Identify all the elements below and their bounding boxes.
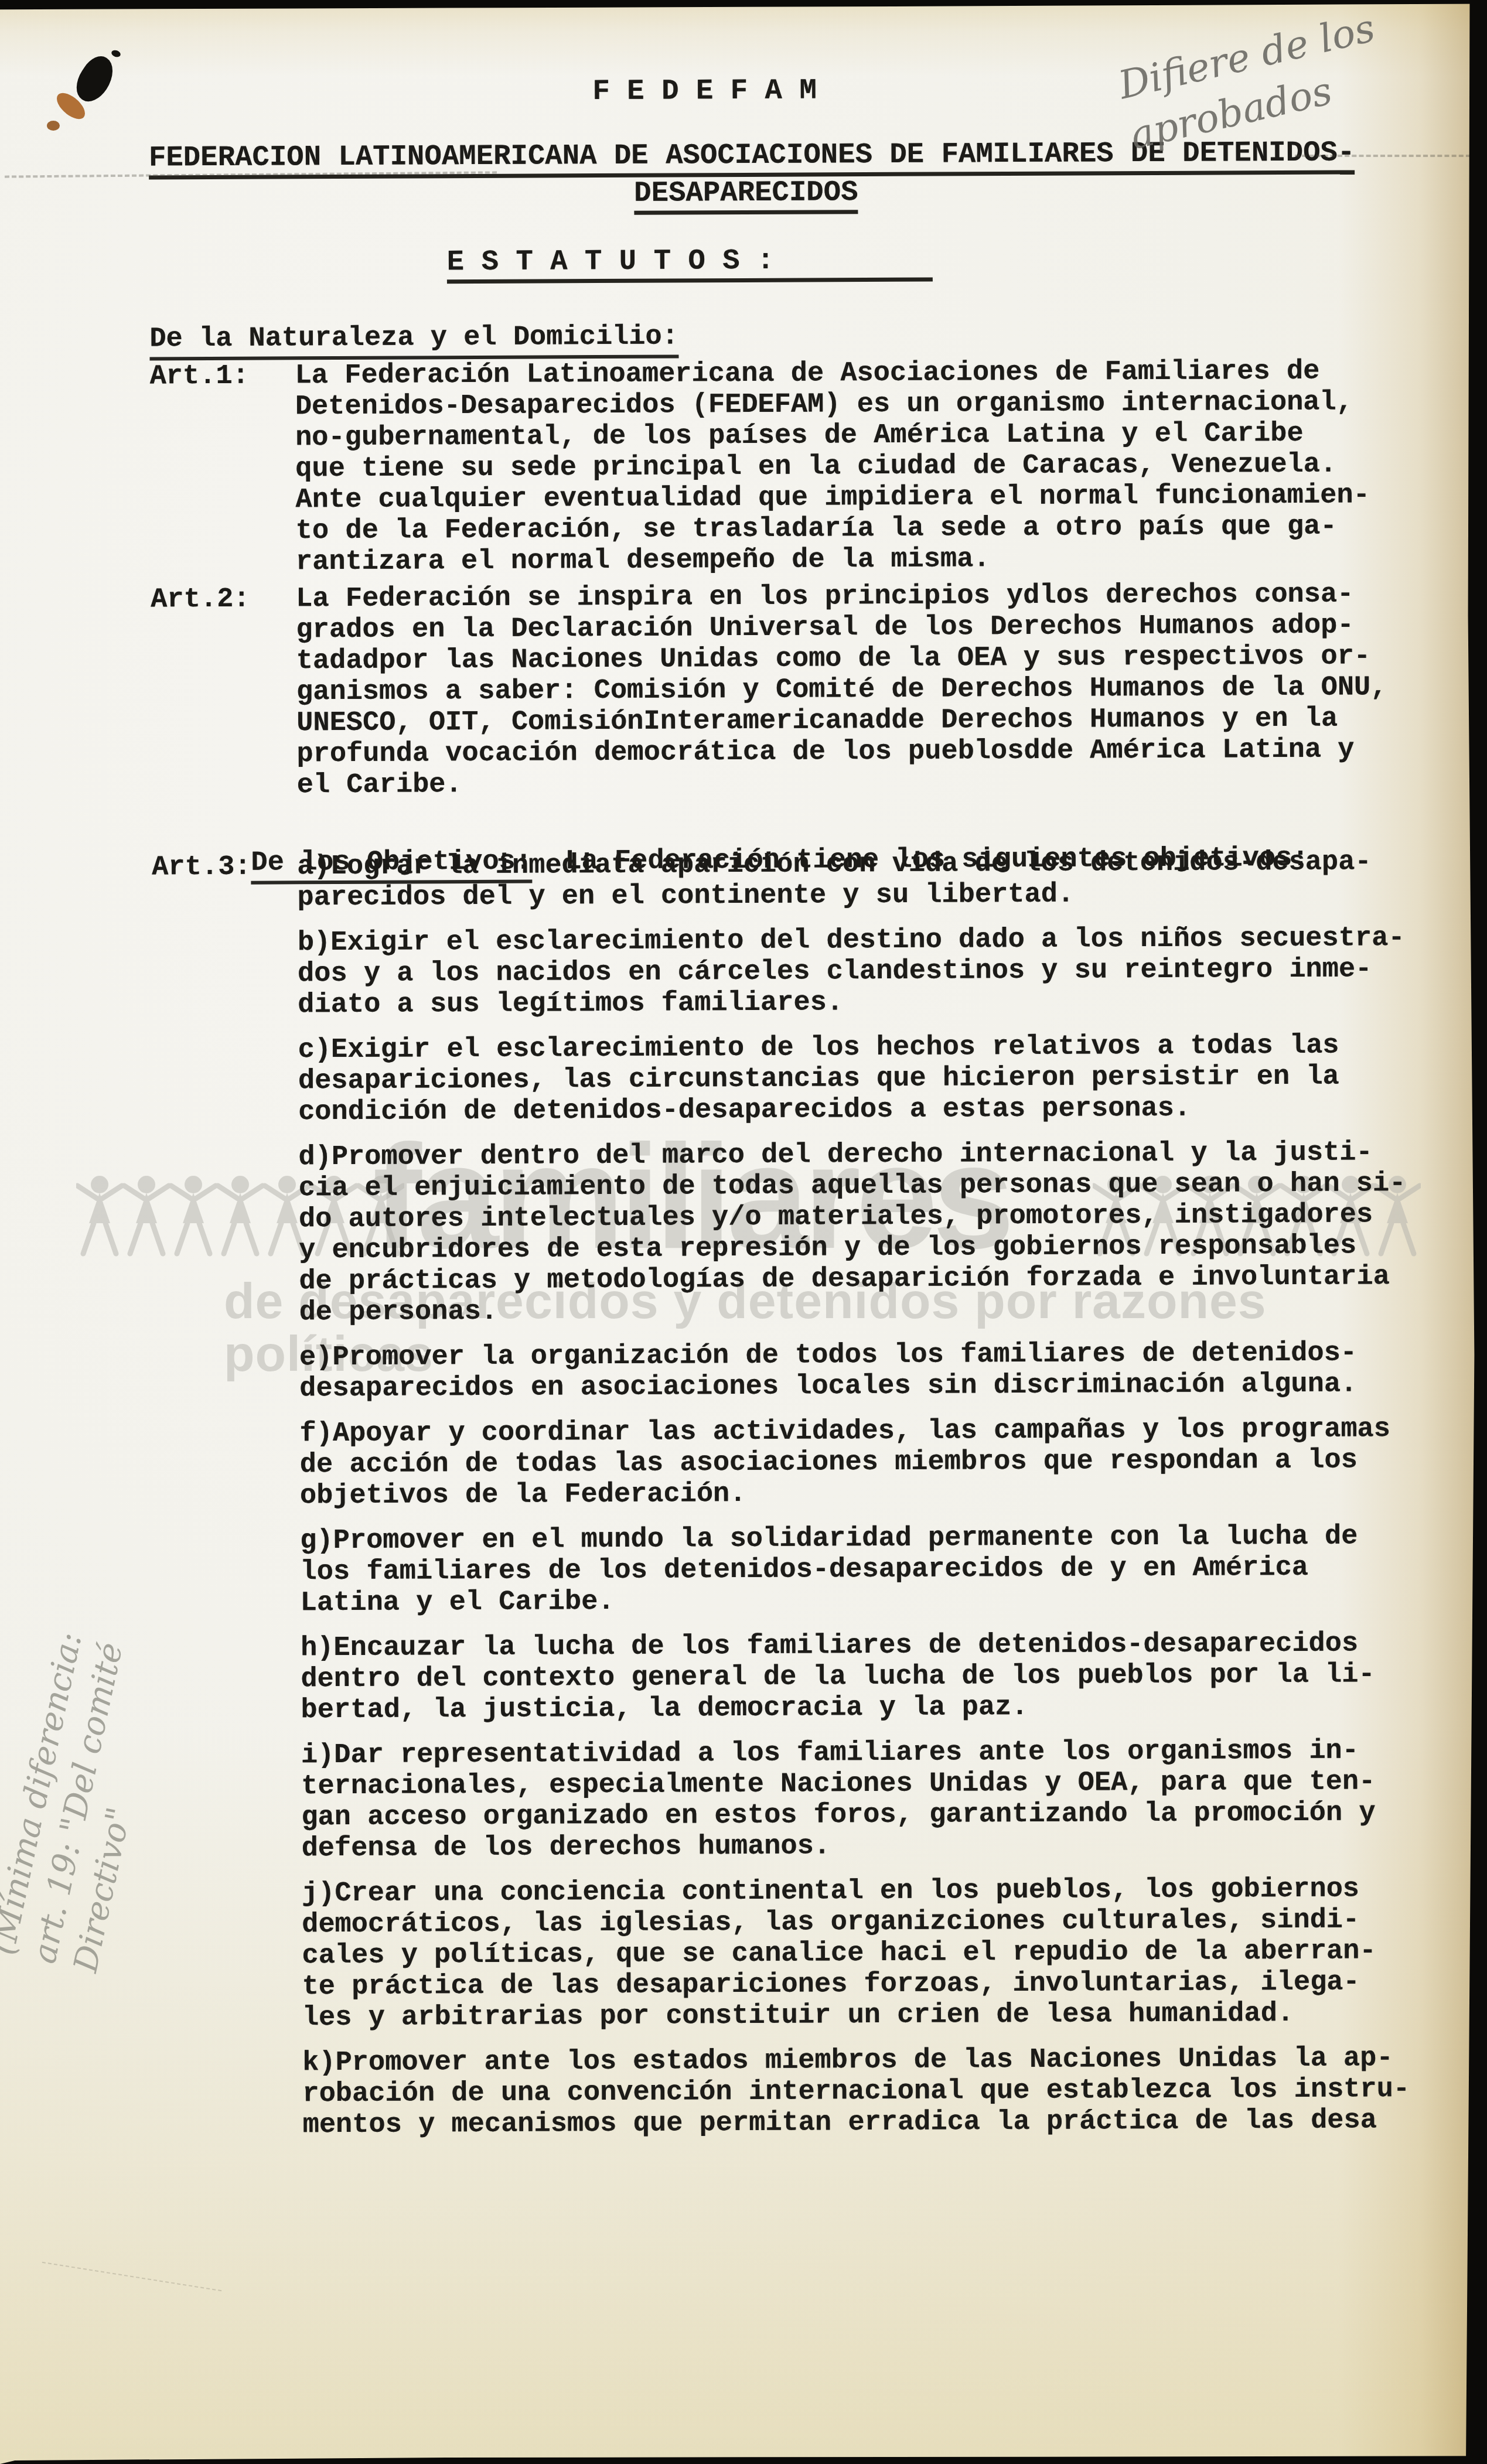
objective-item: c)Exigir el esclarecimiento de los hecho… [298,1030,1447,1128]
text-line: Ante cualquier eventualidad que impidier… [295,480,1444,516]
text-line: que tiene su sede principal en la ciudad… [295,449,1444,485]
text-line: bertad, la justicia, la democracia y la … [301,1690,1449,1726]
text-line: e)Promover la organización de todos los … [299,1337,1448,1374]
text-line: profunda vocación democrática de los pue… [296,734,1445,770]
text-line: de prácticas y metodologías de desaparic… [299,1261,1447,1298]
text-line: c)Exigir el esclarecimiento de los hecho… [298,1030,1447,1066]
text-line: UNESCO, OIT, ComisiónInteramericanadde D… [296,703,1445,739]
title-line-2: DESAPARECIDOS [634,176,858,210]
rust-stain-small [47,121,60,131]
text-line: f)Apoyar y coordinar las actividades, la… [299,1414,1448,1450]
text-line: cales y políticas, que se canalice haci … [302,1936,1450,1972]
text-line: desapariciones, las circunstancias que h… [298,1061,1447,1097]
text-line: to de la Federación, se trasladaría la s… [296,511,1444,547]
text-line: ternacionales, especialmente Naciones Un… [301,1766,1450,1803]
text-line: te práctica de las desapariciones forzoa… [302,1967,1451,2003]
text-line: Detenidos-Desaparecidos (FEDEFAM) es un … [295,387,1444,423]
text-line: de acción de todas las asociaciones miem… [300,1445,1448,1481]
text-line: les y arbitrarias por constituir un crie… [302,1998,1451,2034]
text-line: rantizara el normal desempeño de la mism… [296,542,1444,578]
typed-content: F E D E F A M FEDERACION LATINOAMERICANA… [0,0,1487,2464]
text-line: robación de una convención internacional… [302,2074,1451,2110]
text-line: Latina y el Caribe. [301,1583,1449,1619]
section-heading-naturaleza-text: De la Naturaleza y el Domicilio: [149,321,678,360]
objective-item: e)Promover la organización de todos los … [299,1337,1448,1405]
text-line: g)Promover en el mundo la solidaridad pe… [300,1521,1448,1557]
text-line: democráticos, las iglesias, las organizc… [302,1905,1450,1941]
text-line: no-gubernamental, de los países de Améri… [295,418,1444,454]
text-line: k)Promover ante los estados miembros de … [302,2043,1451,2079]
text-line: a)Lograr la inmediata aparición con vida… [297,847,1445,883]
scanned-document-page: familiares de desaparecidos y detenidos … [0,0,1487,2464]
text-line: grados en la Declaración Universal de lo… [296,610,1444,646]
objective-item: g)Promover en el mundo la solidaridad pe… [300,1521,1449,1619]
statutes-heading: E S T A T U T O S : [447,244,933,279]
statutes-heading-text: E S T A T U T O S : [447,244,933,284]
article-3-label: Art.3: [152,852,251,883]
objective-item: i)Dar representatividad a los familiares… [301,1735,1450,1865]
org-acronym: F E D E F A M [592,74,817,108]
objective-item: h)Encauzar la lucha de los familiares de… [301,1628,1450,1726]
article-1-text: La Federación Latinoamericana de Asociac… [295,356,1445,578]
text-line: condición de detenidos-desaparecidos a e… [298,1092,1447,1128]
text-line: ganismos a saber: Comisión y Comité de D… [296,672,1445,708]
text-line: La Federación Latinoamericana de Asociac… [295,356,1444,392]
objectives-list: a)Lograr la inmediata aparición con vida… [297,847,1451,2155]
text-line: defensa de los derechos humanos. [301,1828,1450,1865]
text-line: cia el enjuiciamiento de todas aquellas … [299,1168,1447,1204]
objective-item: a)Lograr la inmediata aparición con vida… [297,847,1445,914]
text-line: dos y a los nacidos en cárceles clandest… [298,954,1446,990]
text-line: objetivos de la Federación. [300,1476,1448,1512]
text-line: los familiares de los detenidos-desapare… [300,1552,1448,1588]
text-line: y encubridores de esta represión y de lo… [299,1230,1447,1267]
article-2-label: Art.2: [151,584,250,616]
objective-item: f)Apoyar y coordinar las actividades, la… [299,1414,1448,1512]
text-line: j)Crear una conciencia continental en lo… [302,1873,1450,1910]
objective-item: d)Promover dentro del marco del derecho … [298,1137,1447,1329]
text-line: de personas. [299,1292,1447,1329]
text-line: La Federación se inspira en los principi… [296,579,1444,615]
text-line: b)Exigir el esclarecimiento del destino … [298,923,1446,959]
section-heading-naturaleza: De la Naturaleza y el Domicilio: [149,321,678,354]
text-line: dentro del contexto general de la lucha … [301,1659,1449,1695]
article-2-text: La Federación se inspira en los principi… [296,579,1445,801]
objective-item: j)Crear una conciencia continental en lo… [302,1873,1451,2034]
text-line: el Caribe. [297,765,1445,801]
article-1-label: Art.1: [150,361,249,393]
text-line: d)Promover dentro del marco del derecho … [298,1137,1447,1173]
objective-item: k)Promover ante los estados miembros de … [302,2043,1451,2141]
text-line: gan acceso organizado en estos foros, ga… [301,1797,1450,1834]
text-line: tadadpor las Naciones Unidas como de la … [296,641,1445,677]
smudge-line-right [1295,155,1471,157]
text-line: h)Encauzar la lucha de los familiares de… [301,1628,1449,1664]
objective-item: b)Exigir el esclarecimiento del destino … [298,923,1447,1021]
text-line: mentos y mecanismos que permitan erradic… [303,2105,1451,2141]
text-line: i)Dar representatividad a los familiares… [301,1735,1450,1772]
text-line: do autores intelectuales y/o materiales,… [299,1199,1447,1236]
text-line: desaparecidos en asociaciones locales si… [299,1368,1448,1405]
title-line-2-text: DESAPARECIDOS [634,176,858,215]
text-line: diato a sus legítimos familiares. [298,985,1446,1021]
text-line: parecidos del y en el continente y su li… [297,878,1445,914]
